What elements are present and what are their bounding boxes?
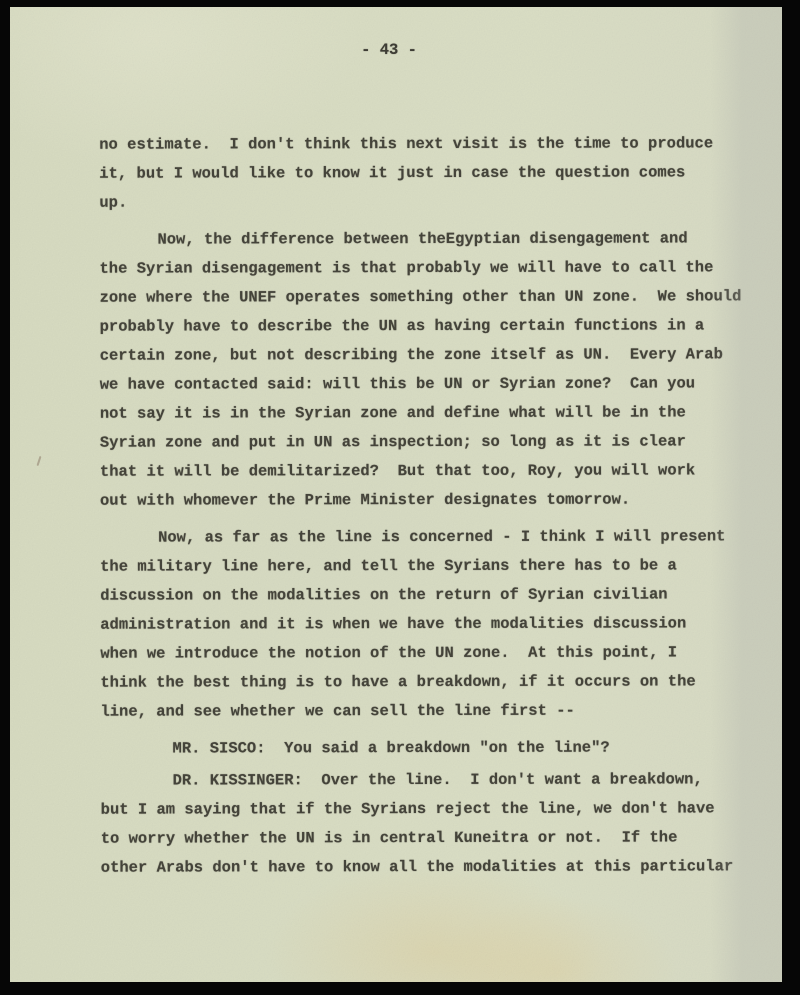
text-line: Now, the difference between theEgyptian … (99, 224, 763, 254)
text-line: think the best thing is to have a breakd… (100, 667, 764, 697)
text-line: other Arabs don't have to know all the m… (101, 852, 765, 882)
text-line: that it will be demilitarized? But that … (100, 456, 764, 486)
document-body: no estimate. I don't think this next vis… (99, 129, 765, 882)
dialogue-line-sisco: MR. SISCO: You said a breakdown "on the … (100, 733, 764, 763)
paragraph: Now, the difference between theEgyptian … (99, 224, 764, 515)
text-line: up. (99, 187, 763, 217)
text-line: but I am saying that if the Syrians reje… (101, 794, 765, 824)
text-line: zone where the UNEF operates something o… (100, 282, 764, 312)
text-line: no estimate. I don't think this next vis… (99, 129, 763, 159)
paragraph: no estimate. I don't think this next vis… (99, 129, 763, 217)
text-line: probably have to describe the UN as havi… (100, 311, 764, 341)
text-line: to worry whether the UN is in central Ku… (101, 823, 765, 853)
text-line: DR. KISSINGER: Over the line. I don't wa… (101, 765, 765, 795)
text-line: MR. SISCO: You said a breakdown "on the … (100, 733, 764, 763)
text-line: the military line here, and tell the Syr… (100, 551, 764, 581)
stray-pen-mark (37, 456, 42, 466)
text-line: line, and see whether we can sell the li… (100, 696, 764, 726)
document-page: - 43 - no estimate. I don't think this n… (10, 7, 782, 982)
text-line: when we introduce the notion of the UN z… (100, 638, 764, 668)
dialogue-line-kissinger: DR. KISSINGER: Over the line. I don't wa… (101, 765, 765, 882)
text-line: Syrian zone and put in UN as inspection;… (100, 427, 764, 457)
text-line: discussion on the modalities on the retu… (100, 580, 764, 610)
text-line: the Syrian disengagement is that probabl… (99, 253, 763, 283)
text-line: Now, as far as the line is concerned - I… (100, 522, 764, 552)
scanned-document-screenshot: { "document": { "page_number": "- 43 -",… (0, 0, 800, 995)
paragraph: Now, as far as the line is concerned - I… (100, 522, 764, 726)
text-line: certain zone, but not describing the zon… (100, 340, 764, 370)
text-line: it, but I would like to know it just in … (99, 158, 763, 188)
text-line: not say it is in the Syrian zone and def… (100, 398, 764, 428)
page-number: - 43 - (10, 40, 782, 60)
text-line: administration and it is when we have th… (100, 609, 764, 639)
text-line: we have contacted said: will this be UN … (100, 369, 764, 399)
text-line: out with whomever the Prime Minister des… (100, 485, 764, 515)
